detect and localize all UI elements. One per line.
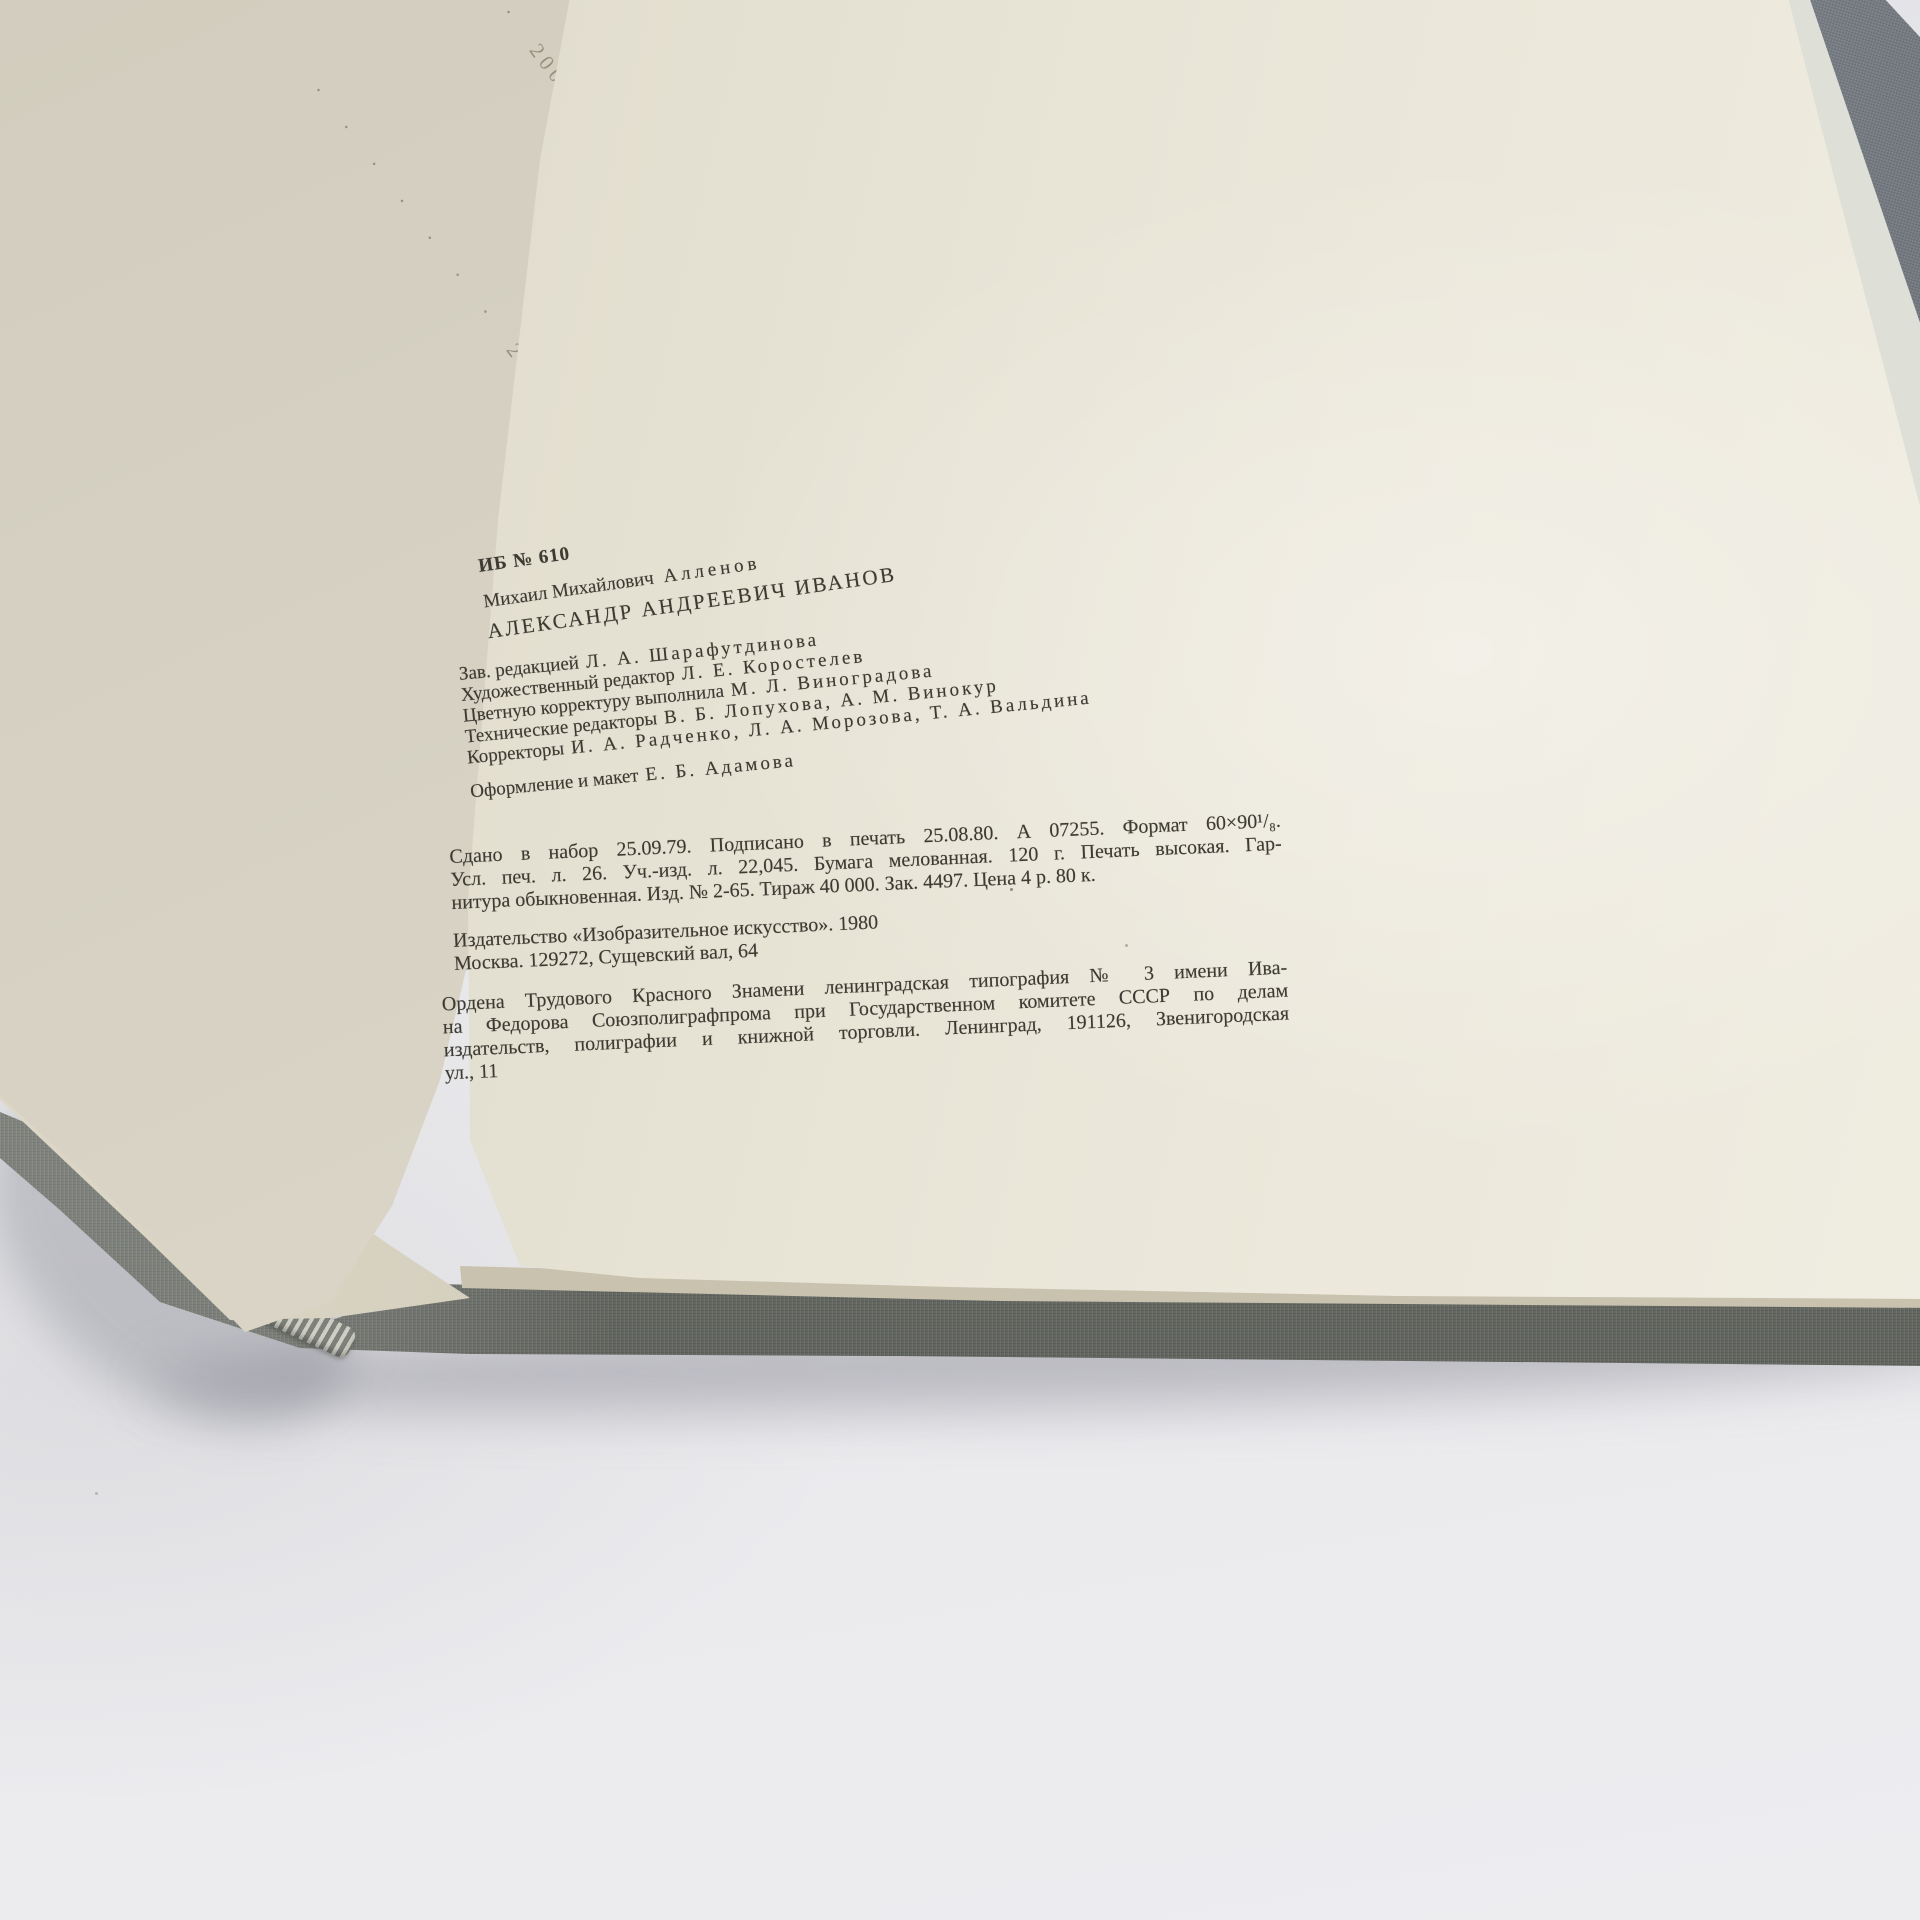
- dust-speck: [1125, 944, 1128, 947]
- toc-leader-dots: ·: [497, 2, 523, 26]
- dust-speck: [1010, 888, 1013, 891]
- toc-ghost-entry: · · · · · · · 204: [306, 80, 549, 391]
- toc-leader-dots: · · · · · · ·: [307, 80, 500, 326]
- photo-open-book: · 200 · · · · · · · 204 ИБ № 610 Михаил …: [0, 0, 1920, 1920]
- dust-speck: [95, 1492, 98, 1495]
- imprint-block: Сдано в набор 25.09.79. Подписано в печа…: [449, 810, 1291, 1085]
